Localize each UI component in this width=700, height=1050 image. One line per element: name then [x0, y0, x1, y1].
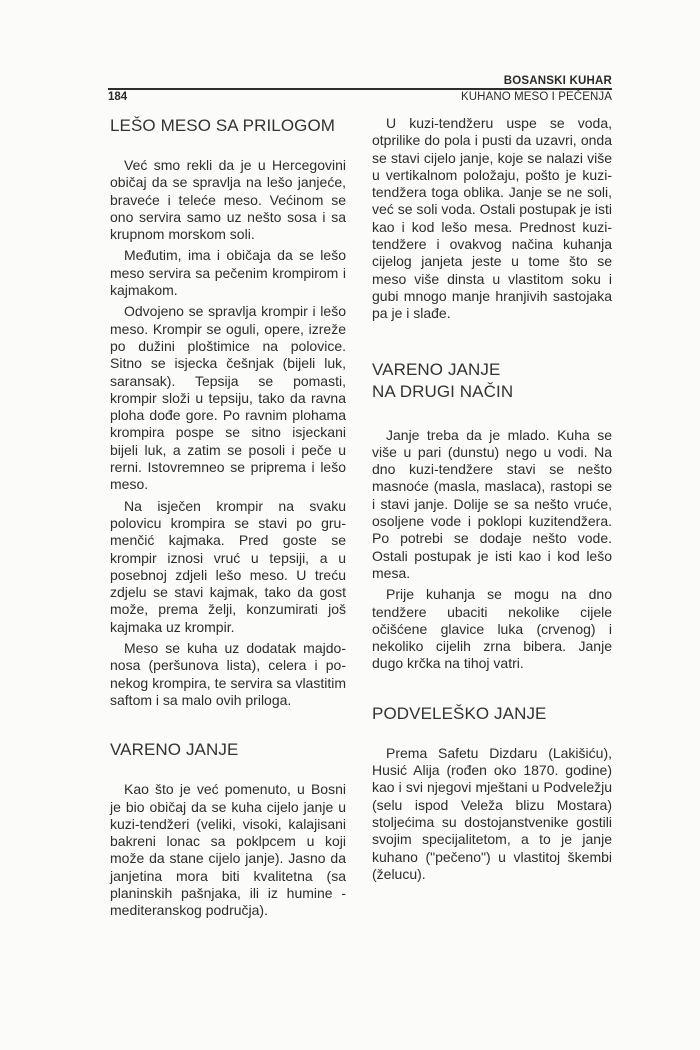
paragraph: Već smo rekli da je u Hercegovini običaj…: [110, 157, 346, 243]
paragraph: Na isječen krompir na svaku polovicu kro…: [110, 498, 346, 636]
book-page: BOSANSKI KUHAR 184 KUHANO MESO I PEČENJA…: [0, 0, 700, 1050]
heading-line: NA DRUGI NAČIN: [372, 382, 513, 401]
paragraph: Međutim, ima i običaja da se lešo meso s…: [110, 247, 346, 299]
heading-leso-meso: LEŠO MESO SA PRILOGOM: [110, 115, 346, 137]
heading-vareno-janje-na-drugi-nacin: VARENO JANJE NA DRUGI NAČIN: [372, 359, 612, 403]
chapter-title: KUHANO MESO I PEČENJA: [461, 91, 612, 103]
header-rule: [108, 88, 612, 90]
page-number: 184: [108, 91, 127, 103]
paragraph: Odvojeno se spravlja krompir i lešo meso…: [110, 303, 346, 493]
right-column: U kuzi-tendžeru uspe se voda, otprilike …: [372, 115, 612, 883]
heading-line: VARENO JANJE: [372, 360, 500, 379]
paragraph: Meso se kuha uz dodatak majdo­nosa (perš…: [110, 640, 346, 709]
paragraph: U kuzi-tendžeru uspe se voda, otprilike …: [372, 115, 612, 323]
paragraph: Prije kuhanja se mogu na dno tendžere ub…: [372, 586, 612, 672]
heading-podvelesko-janje: PODVELEŠKO JANJE: [372, 703, 612, 725]
heading-vareno-janje: VARENO JANJE: [110, 739, 346, 761]
left-column: LEŠO MESO SA PRILOGOM Već smo rekli da j…: [110, 115, 346, 920]
paragraph: Kao što je već pomenuto, u Bosni je bio …: [110, 781, 346, 919]
paragraph: Janje treba da je mlado. Kuha se više u …: [372, 427, 612, 583]
running-title: BOSANSKI KUHAR: [504, 75, 612, 87]
paragraph: Prema Safetu Dizdaru (Lakišiću), Husić A…: [372, 745, 612, 883]
